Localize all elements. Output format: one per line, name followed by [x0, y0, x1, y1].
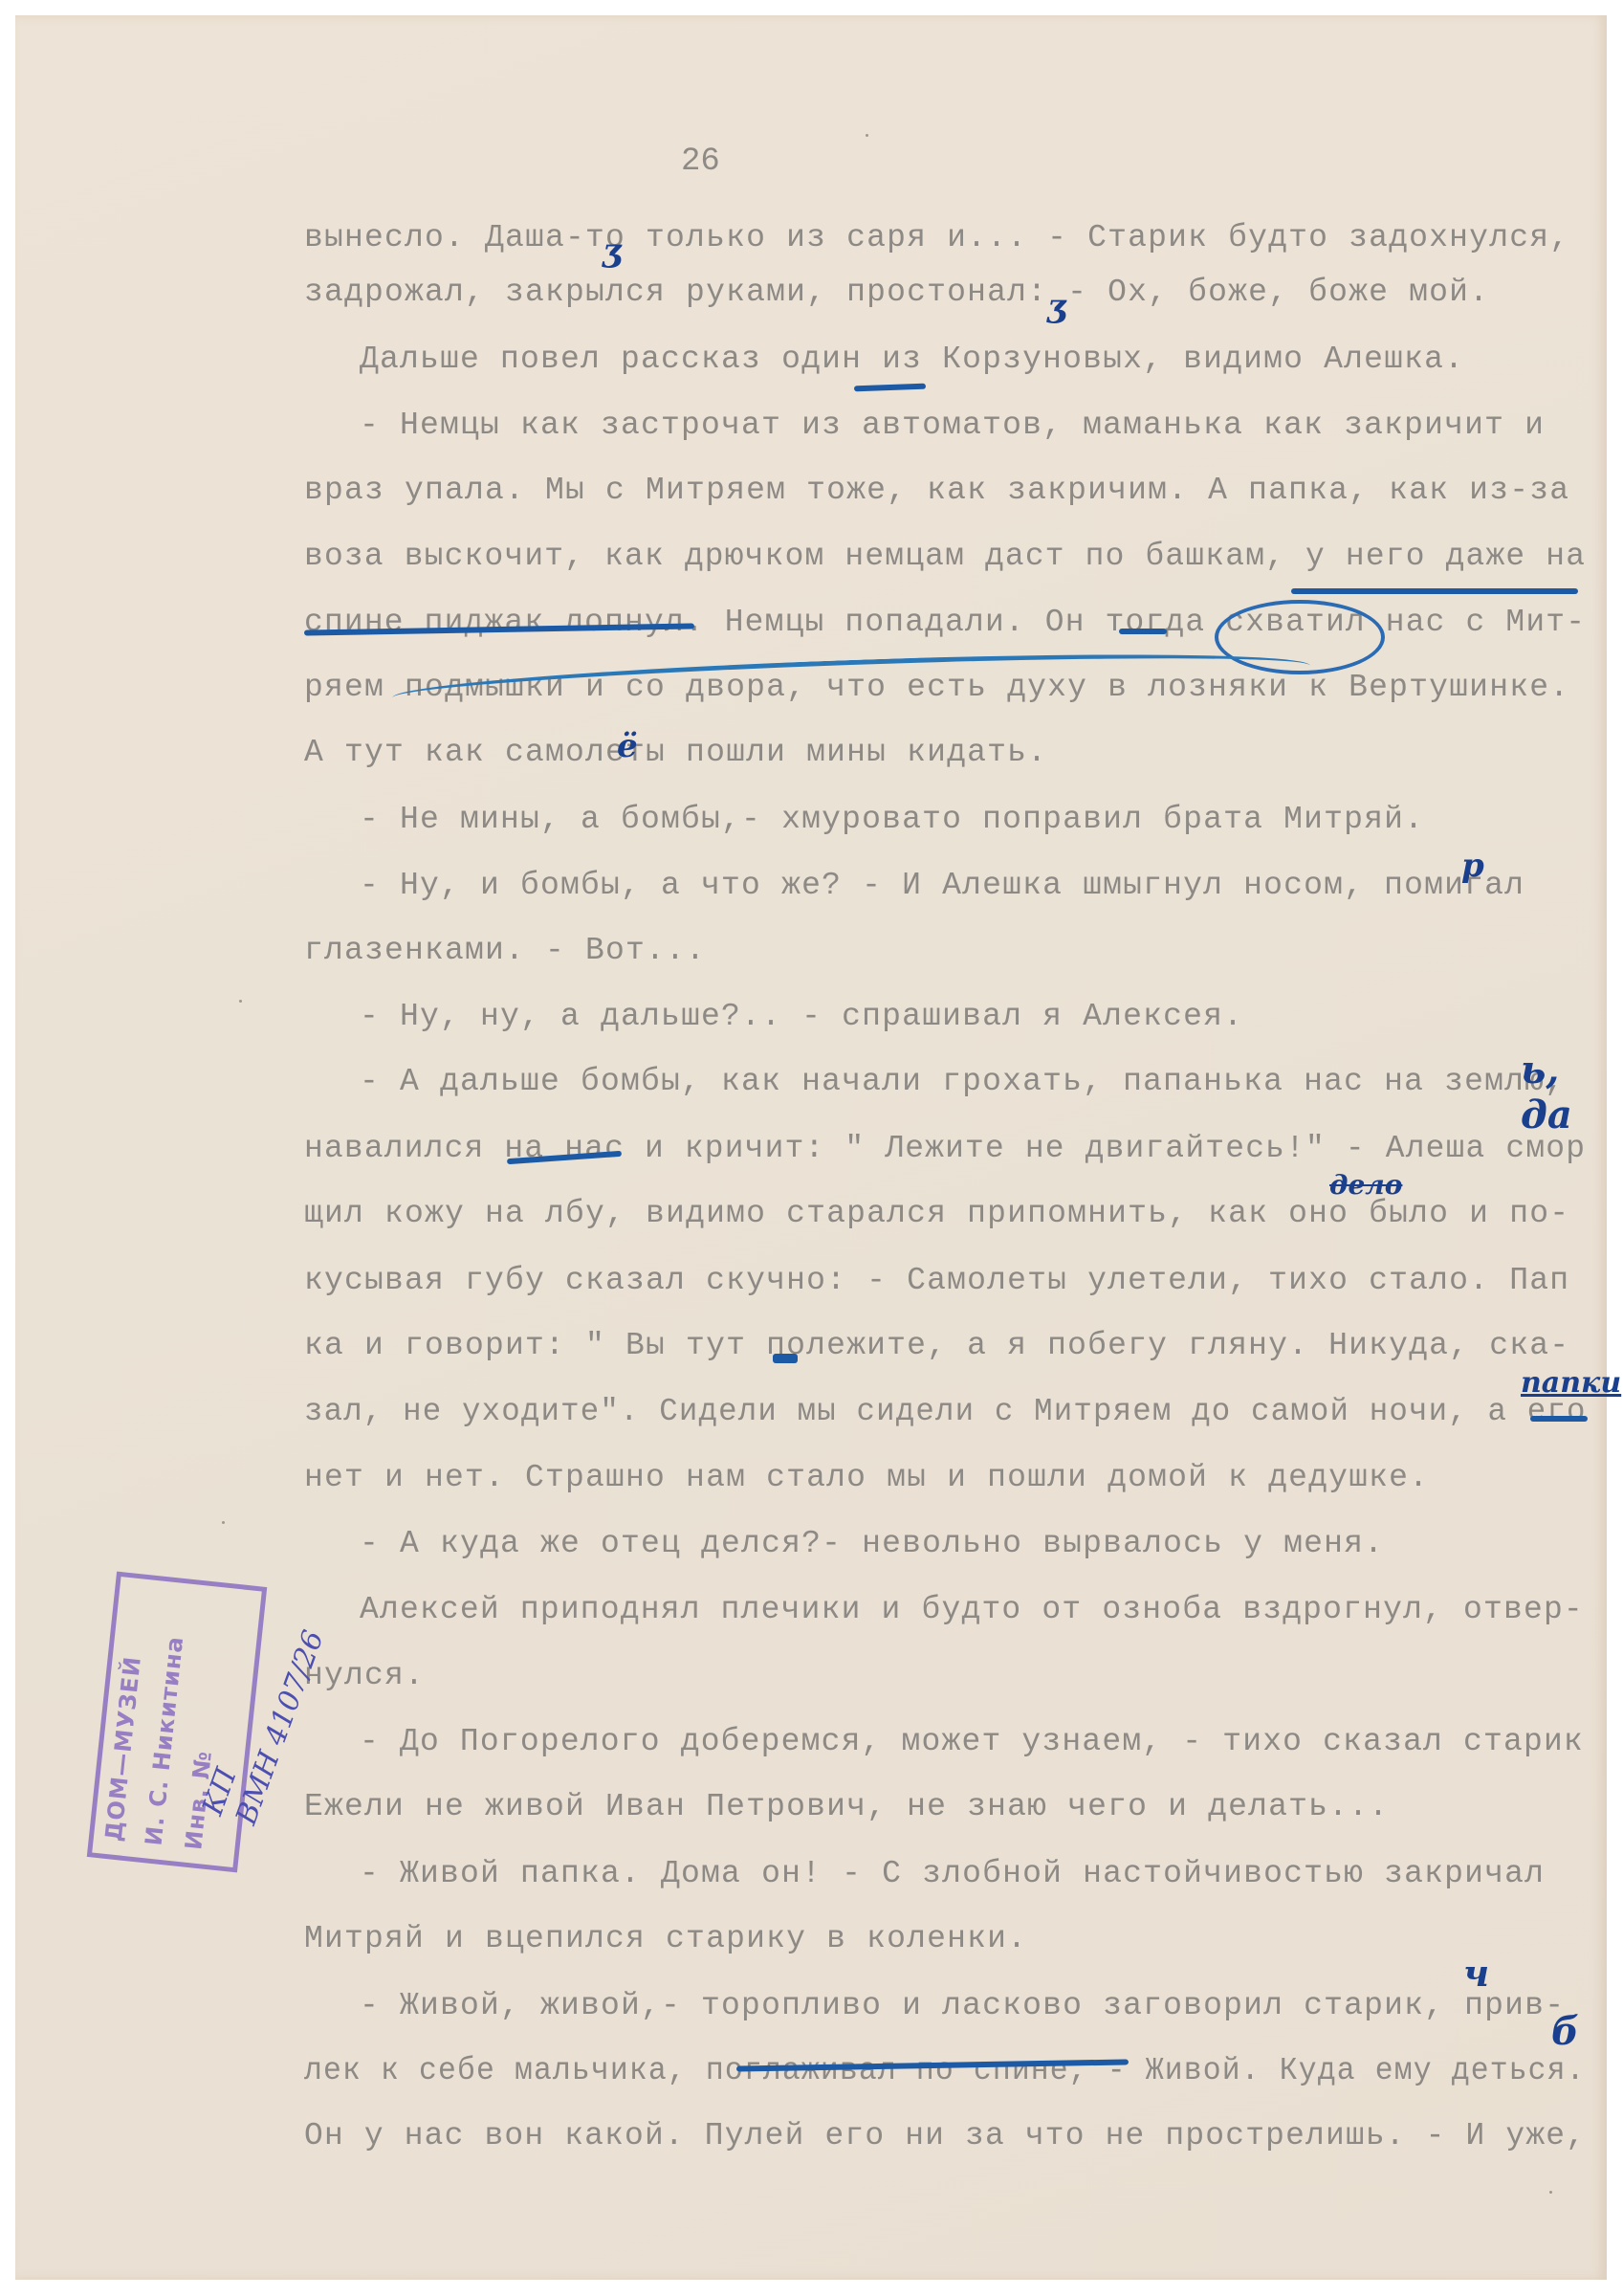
museum-inventory-stamp: ДОМ—МУЗЕЙ И. С. Никитина Инв. №	[87, 1572, 267, 1873]
text-line: задрожал, закрылся руками, простонал: - …	[304, 275, 1489, 310]
text-line: А тут как самолеты пошли мины кидать.	[304, 735, 1047, 770]
paper-speck	[1549, 2191, 1552, 2194]
text-line: - До Погорелого доберемся, может узнаем,…	[360, 1724, 1584, 1759]
page-number: 26	[681, 143, 720, 180]
strikethrough-mark	[1530, 1416, 1588, 1422]
text-line: лек к себе мальчика, поглаживал по спине…	[304, 2053, 1586, 2088]
handwritten-correction: папки	[1521, 1366, 1621, 1400]
text-line: - Немцы как застрочат из автоматов, мама…	[360, 408, 1545, 443]
handwritten-correction: б	[1551, 2009, 1579, 2054]
stamp-text: ДОМ—МУЗЕЙ И. С. Никитина Инв. №	[92, 1577, 262, 1867]
paper-speck	[866, 134, 868, 137]
handwritten-correction: ь, да	[1521, 1048, 1623, 1137]
strikethrough-mark	[1119, 629, 1167, 634]
handwritten-correction: р	[1461, 847, 1484, 885]
text-line: - Живой папка. Дома он! - С злобной наст…	[360, 1856, 1545, 1891]
text-line: щил кожу на лбу, видимо старался припомн…	[304, 1196, 1569, 1231]
text-line: вынесло. Даша-то только из саря и... - С…	[304, 220, 1569, 255]
text-line: зал, не уходите". Сидели мы сидели с Мит…	[304, 1394, 1587, 1429]
text-line: воза выскочит, как дрючком немцам даст п…	[304, 539, 1586, 574]
handwritten-correction: ё	[617, 727, 638, 765]
text-line: - Ну, и бомбы, а что же? - И Алешка шмыг…	[360, 868, 1524, 903]
text-line: Дальше повел рассказ один из Корзуновых,…	[360, 342, 1464, 377]
text-line: - А куда же отец делся?- невольно вырвал…	[360, 1526, 1384, 1561]
text-line: Он у нас вон какой. Пулей его ни за что …	[304, 2118, 1586, 2153]
text-line: Алексей приподнял плечики и будто от озн…	[360, 1592, 1584, 1627]
paper-speck	[222, 1521, 225, 1524]
text-line: кусывая губу сказал скучно: - Самолеты у…	[304, 1263, 1569, 1298]
text-line: ка и говорит: " Вы тут полежите, а я поб…	[304, 1328, 1569, 1363]
text-line: - Ну, ну, а дальше?.. - спрашивал я Алек…	[360, 999, 1243, 1034]
strikethrough-mark	[773, 1354, 798, 1363]
text-line: - А дальше бомбы, как начали грохать, па…	[360, 1064, 1565, 1099]
text-line: Митряй и вцепился старику в коленки.	[304, 1921, 1027, 1956]
text-line: враз упала. Мы с Митряем тоже, как закри…	[304, 473, 1569, 508]
strikethrough-mark	[1291, 588, 1578, 594]
handwritten-correction: ʒ	[1047, 287, 1065, 325]
text-line: глазенками. - Вот...	[304, 933, 706, 968]
handwritten-correction: ч	[1463, 1952, 1489, 1995]
paper-speck	[239, 1000, 242, 1003]
text-line: нулся.	[304, 1658, 425, 1693]
text-line: - Не мины, а бомбы,- хмуровато поправил …	[360, 802, 1424, 837]
handwritten-correction: дело	[1329, 1169, 1402, 1201]
handwritten-correction: ʒ	[603, 232, 621, 270]
text-line: - Живой, живой,- торопливо и ласково заг…	[360, 1988, 1565, 2023]
text-line: Ежели не живой Иван Петрович, не знаю че…	[304, 1789, 1389, 1824]
text-line: нет и нет. Страшно нам стало мы и пошли …	[304, 1460, 1429, 1495]
text-line: навалился на нас и кричит: " Лежите не д…	[304, 1131, 1586, 1166]
text-line: спине пиджак лопнул. Немцы попадали. Он …	[304, 605, 1586, 640]
